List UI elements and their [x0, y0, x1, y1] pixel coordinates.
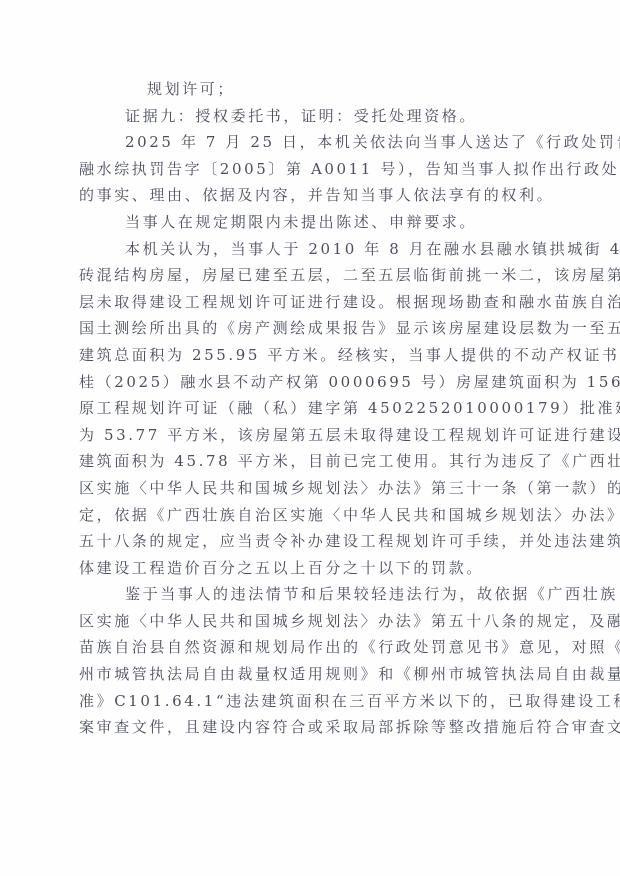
text-line: 建筑总面积为 255.95 平方米。经核实，当事人提供的不动产权证书（证号：: [79, 342, 545, 369]
text-line: 原工程规划许可证（融（私）建字第 4502252010000179）批准建筑总面…: [79, 395, 545, 422]
text-line: 砖混结构房屋，房屋已建至五层，二至五层临街前挑一米二，该房屋第五: [79, 262, 545, 289]
text-line: 规划许可；: [79, 76, 545, 103]
text-line: 区实施〈中华人民共和国城乡规划法〉办法》第五十八条的规定，及融水: [79, 608, 545, 635]
text-line: 2025 年 7 月 25 日，本机关依法向当事人送达了《行政处罚告知书》（柳: [79, 129, 545, 156]
text-line: 区实施〈中华人民共和国城乡规划法〉办法》第三十一条（第一款）的规: [79, 475, 545, 502]
text-line: 案审查文件，且建设内容符合或采取局部拆除等整改措施后符合审查文件: [79, 714, 545, 741]
text-line: 准》C101.64.1“违法建筑面积在三百平方米以下的，已取得建设工程设计方: [79, 688, 545, 715]
text-line: 鉴于当事人的违法情节和后果较轻违法行为，故依据《广西壮族自治: [79, 581, 545, 608]
text-line: 五十八条的规定，应当责令补办建设工程规划许可手续，并处违法建筑整: [79, 528, 545, 555]
text-line: 定，依据《广西壮族自治区实施〈中华人民共和国城乡规划法〉办法》第: [79, 502, 545, 529]
text-line: 体建设工程造价百分之五以上百分之十以下的罚款。: [79, 555, 545, 582]
text-line: 建筑面积为 45.78 平方米，目前已完工使用。其行为违反了《广西壮族自治: [79, 448, 545, 475]
text-line: 苗族自治县自然资源和规划局作出的《行政处罚意见书》意见，对照《柳: [79, 634, 545, 661]
text-line: 当事人在规定期限内未提出陈述、申辩要求。: [79, 209, 545, 236]
document-body: 规划许可； 证据九：授权委托书，证明：受托处理资格。 2025 年 7 月 25…: [79, 76, 545, 741]
text-line: 桂（2025）融水县不动产权第 0000695 号）房屋建筑面积为 156.40…: [79, 369, 545, 396]
evidence-nine-line: 证据九：授权委托书，证明：受托处理资格。: [79, 103, 545, 130]
text-line: 的事实、理由、依据及内容，并告知当事人依法享有的权利。: [79, 182, 545, 209]
text-line: 本机关认为，当事人于 2010 年 8 月在融水县融水镇拱城街 40 号建设: [79, 236, 545, 263]
text-line: 融水综执罚告字〔2005〕第 A0011 号），告知当事人拟作出行政处罚决定: [79, 156, 545, 183]
text-line: 层未取得建设工程规划许可证进行建设。根据现场勘查和融水苗族自治县: [79, 289, 545, 316]
text-line: 国土测绘所出具的《房产测绘成果报告》显示该房屋建设层数为一至五层，: [79, 315, 545, 342]
text-line: 州市城管执法局自由裁量权适用规则》和《柳州市城管执法局自由裁量基: [79, 661, 545, 688]
document-page: 规划许可； 证据九：授权委托书，证明：受托处理资格。 2025 年 7 月 25…: [0, 0, 620, 876]
text-line: 为 53.77 平方米，该房屋第五层未取得建设工程规划许可证进行建设，违法: [79, 422, 545, 449]
